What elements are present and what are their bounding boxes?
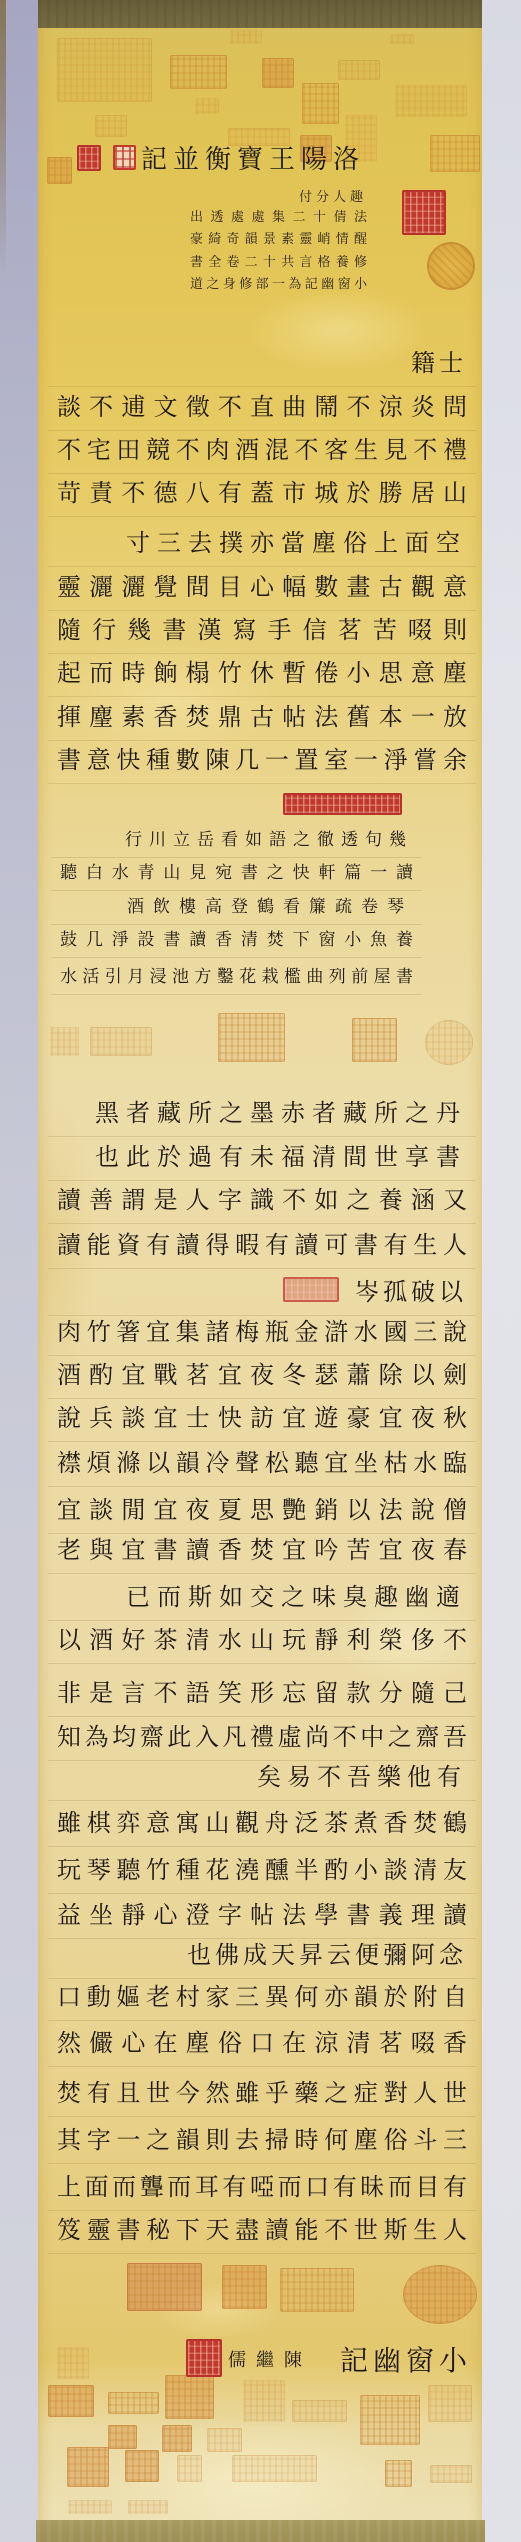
- text-line: 自附於韻亦何異三家村老嫗動口: [57, 1984, 467, 2010]
- colophon-line: 趣人分付: [190, 190, 367, 206]
- collector-seal: [425, 1020, 473, 1065]
- collector-seal: [222, 2265, 267, 2309]
- collector-seal: [57, 38, 152, 102]
- collector-seal: [430, 2465, 472, 2483]
- collector-seal: [95, 115, 127, 137]
- collector-seal: [170, 55, 227, 89]
- colophon-line: 醒情峭靈素景韻奇綺豪: [190, 232, 367, 248]
- colophon-signature: 洛陽王寶衡並記: [140, 146, 365, 174]
- text-line: 有目而昧有口而啞有耳而聾而面上: [57, 2174, 467, 2200]
- text-line: 吾齋之中不尚虛禮凡入此齋均為知: [57, 1724, 467, 1750]
- collector-seal: [230, 30, 262, 44]
- red-seal: [113, 145, 136, 170]
- text-line: 人生有書可讀有暇得讀有資能讀: [57, 1232, 467, 1258]
- text-line: 以破孤岑: [57, 1279, 467, 1305]
- collector-seal: [395, 85, 467, 117]
- text-line: 問炎涼不鬧曲直不徵文逋不談: [57, 394, 467, 420]
- text-line: 秋夜宜豪遊宜訪快士宜談兵說: [57, 1405, 467, 1431]
- collector-seal: [352, 1018, 397, 1062]
- text-line: 山居勝於城市蓋有八德不責苛: [57, 480, 467, 506]
- text-line: 不侈榮利靜玩山水清茶好酒以: [57, 1627, 467, 1653]
- red-seal: [77, 145, 101, 171]
- collector-seal: [207, 2428, 242, 2452]
- text-line: 意觀古畫數幅心目間覺灑灑靈: [57, 574, 467, 600]
- collector-seal: [50, 1027, 79, 1056]
- text-line: 己隨分款留忘形笑語不言是非: [57, 1680, 467, 1706]
- collector-seal: [228, 128, 290, 146]
- collector-seal: [195, 98, 219, 114]
- text-line: 禮不見生客不混酒肉不競田宅不: [57, 437, 467, 463]
- collector-seal: [47, 157, 72, 184]
- collector-seal: [262, 58, 294, 88]
- colophon-line: 法倩十二集處處透出: [190, 210, 367, 226]
- collector-seal: [108, 2425, 137, 2449]
- text-line: 余嘗淨一室置一几陳數種快意書: [57, 747, 467, 773]
- text-line: 三斗俗塵何時掃去則韻之一字其: [57, 2127, 467, 2153]
- collector-seal: [280, 2268, 354, 2312]
- text-line: 養魚小窗下焚清香讀書設淨几鼓: [60, 930, 413, 950]
- text-line: 塵意思小倦暫休竹榻餉時而起: [57, 660, 467, 686]
- collector-seal: [385, 2460, 412, 2487]
- text-line: 有他樂吾不易矣: [57, 1764, 467, 1790]
- text-line: 鶴焚香煮茶泛舟觀山寓意弈棋雖: [57, 1810, 467, 1836]
- text-line: 放一本舊法帖古鼎焚香素麈揮: [57, 704, 467, 730]
- text-line: 幾句透徹之語如看岳立川行: [60, 830, 413, 850]
- collector-seal: [428, 2385, 472, 2422]
- collector-seal: [430, 135, 480, 172]
- text-line: 劍以除蕭瑟冬夜宜茗戰宜酌酒: [57, 1362, 467, 1388]
- red-seal: [186, 2339, 222, 2377]
- collector-seal: [162, 2425, 192, 2452]
- collector-seal: [390, 34, 414, 44]
- collector-seal: [57, 2347, 89, 2379]
- text-line: 空面上俗塵當亦撲去三寸: [57, 530, 467, 556]
- text-line: 說三國水滸金瓶梅諸集宜箸竹肉: [57, 1319, 467, 1345]
- collector-seal: [218, 1013, 285, 1062]
- collector-seal: [243, 2380, 285, 2422]
- scroll-paper: [38, 0, 482, 2542]
- text-line: 又涵養之如不識字人是謂善讀: [57, 1187, 467, 1213]
- text-line: 念阿彌便云昇天成佛也: [57, 1942, 467, 1968]
- colophon-line: 修養格言共十二卷全書: [190, 255, 367, 271]
- text-line: 香啜茗清涼在口俗塵在心儼然: [57, 2030, 467, 2056]
- gold-round-seal: [427, 242, 475, 290]
- bottom-mounting-band: [36, 2520, 485, 2542]
- collector-seal: [403, 2265, 477, 2324]
- text-line: 人生斯世不能讀盡天下秘書靈笈: [57, 2217, 467, 2243]
- text-line: 春夜宜苦吟宜焚香讀書宜與老: [57, 1537, 467, 1563]
- collector-seal: [232, 2455, 317, 2482]
- text-line: 書享世間清福未有過於此也: [57, 1144, 467, 1170]
- collector-seal: [165, 2375, 214, 2419]
- text-line: 則啜苦茗信手寫漢書幾行隨: [57, 617, 467, 643]
- collector-seal: [90, 1027, 152, 1056]
- collector-seal: [177, 2455, 202, 2482]
- left-mounting-border: [0, 0, 38, 2542]
- collector-seal: [48, 2385, 94, 2417]
- text-line: 世人對症之藥乎雖然今世且有焚: [57, 2080, 467, 2106]
- collector-seal: [127, 2263, 202, 2311]
- collector-seal: [360, 2395, 420, 2445]
- collector-seal: [68, 2500, 112, 2514]
- text-line: 臨水枯坐宜聽松聲冷韻以滌煩襟: [57, 1450, 467, 1476]
- collector-seal: [125, 2450, 159, 2482]
- top-mounting-band: [38, 0, 482, 28]
- colophon-line: 小窗幽記為一部修身之道: [190, 277, 367, 293]
- text-line: 友清談小酌半醺澆花種竹聽琴玩: [57, 1857, 467, 1883]
- right-mounting-border: [482, 0, 521, 2542]
- red-seal: [283, 793, 402, 815]
- collector-seal: [108, 2392, 159, 2414]
- collector-seal: [338, 60, 380, 80]
- text-line: 琴卷疏簾看鶴登高樓飲酒: [60, 897, 413, 917]
- collector-seal: [128, 2500, 168, 2514]
- text-line: 丹之所藏者赤墨之所藏者黑: [57, 1100, 467, 1126]
- text-line: 適幽趣臭味之交如斯而已: [57, 1584, 467, 1610]
- text-line: 書屋前列曲檻栽花鑿方池浸月引活水: [60, 967, 413, 987]
- text-line: 僧說法以銷艷思夏夜宜閒談宜: [57, 1497, 467, 1523]
- collector-seal: [302, 83, 339, 124]
- text-line: 讀理義書學法帖字澄心靜坐益: [57, 1902, 467, 1928]
- collector-seal: [67, 2447, 109, 2487]
- text-line: 士籍: [57, 350, 467, 376]
- red-seal: [402, 190, 446, 235]
- text-line: 讀一篇軒快之書宛見山青水白聽: [60, 863, 413, 883]
- collector-seal: [292, 2400, 347, 2422]
